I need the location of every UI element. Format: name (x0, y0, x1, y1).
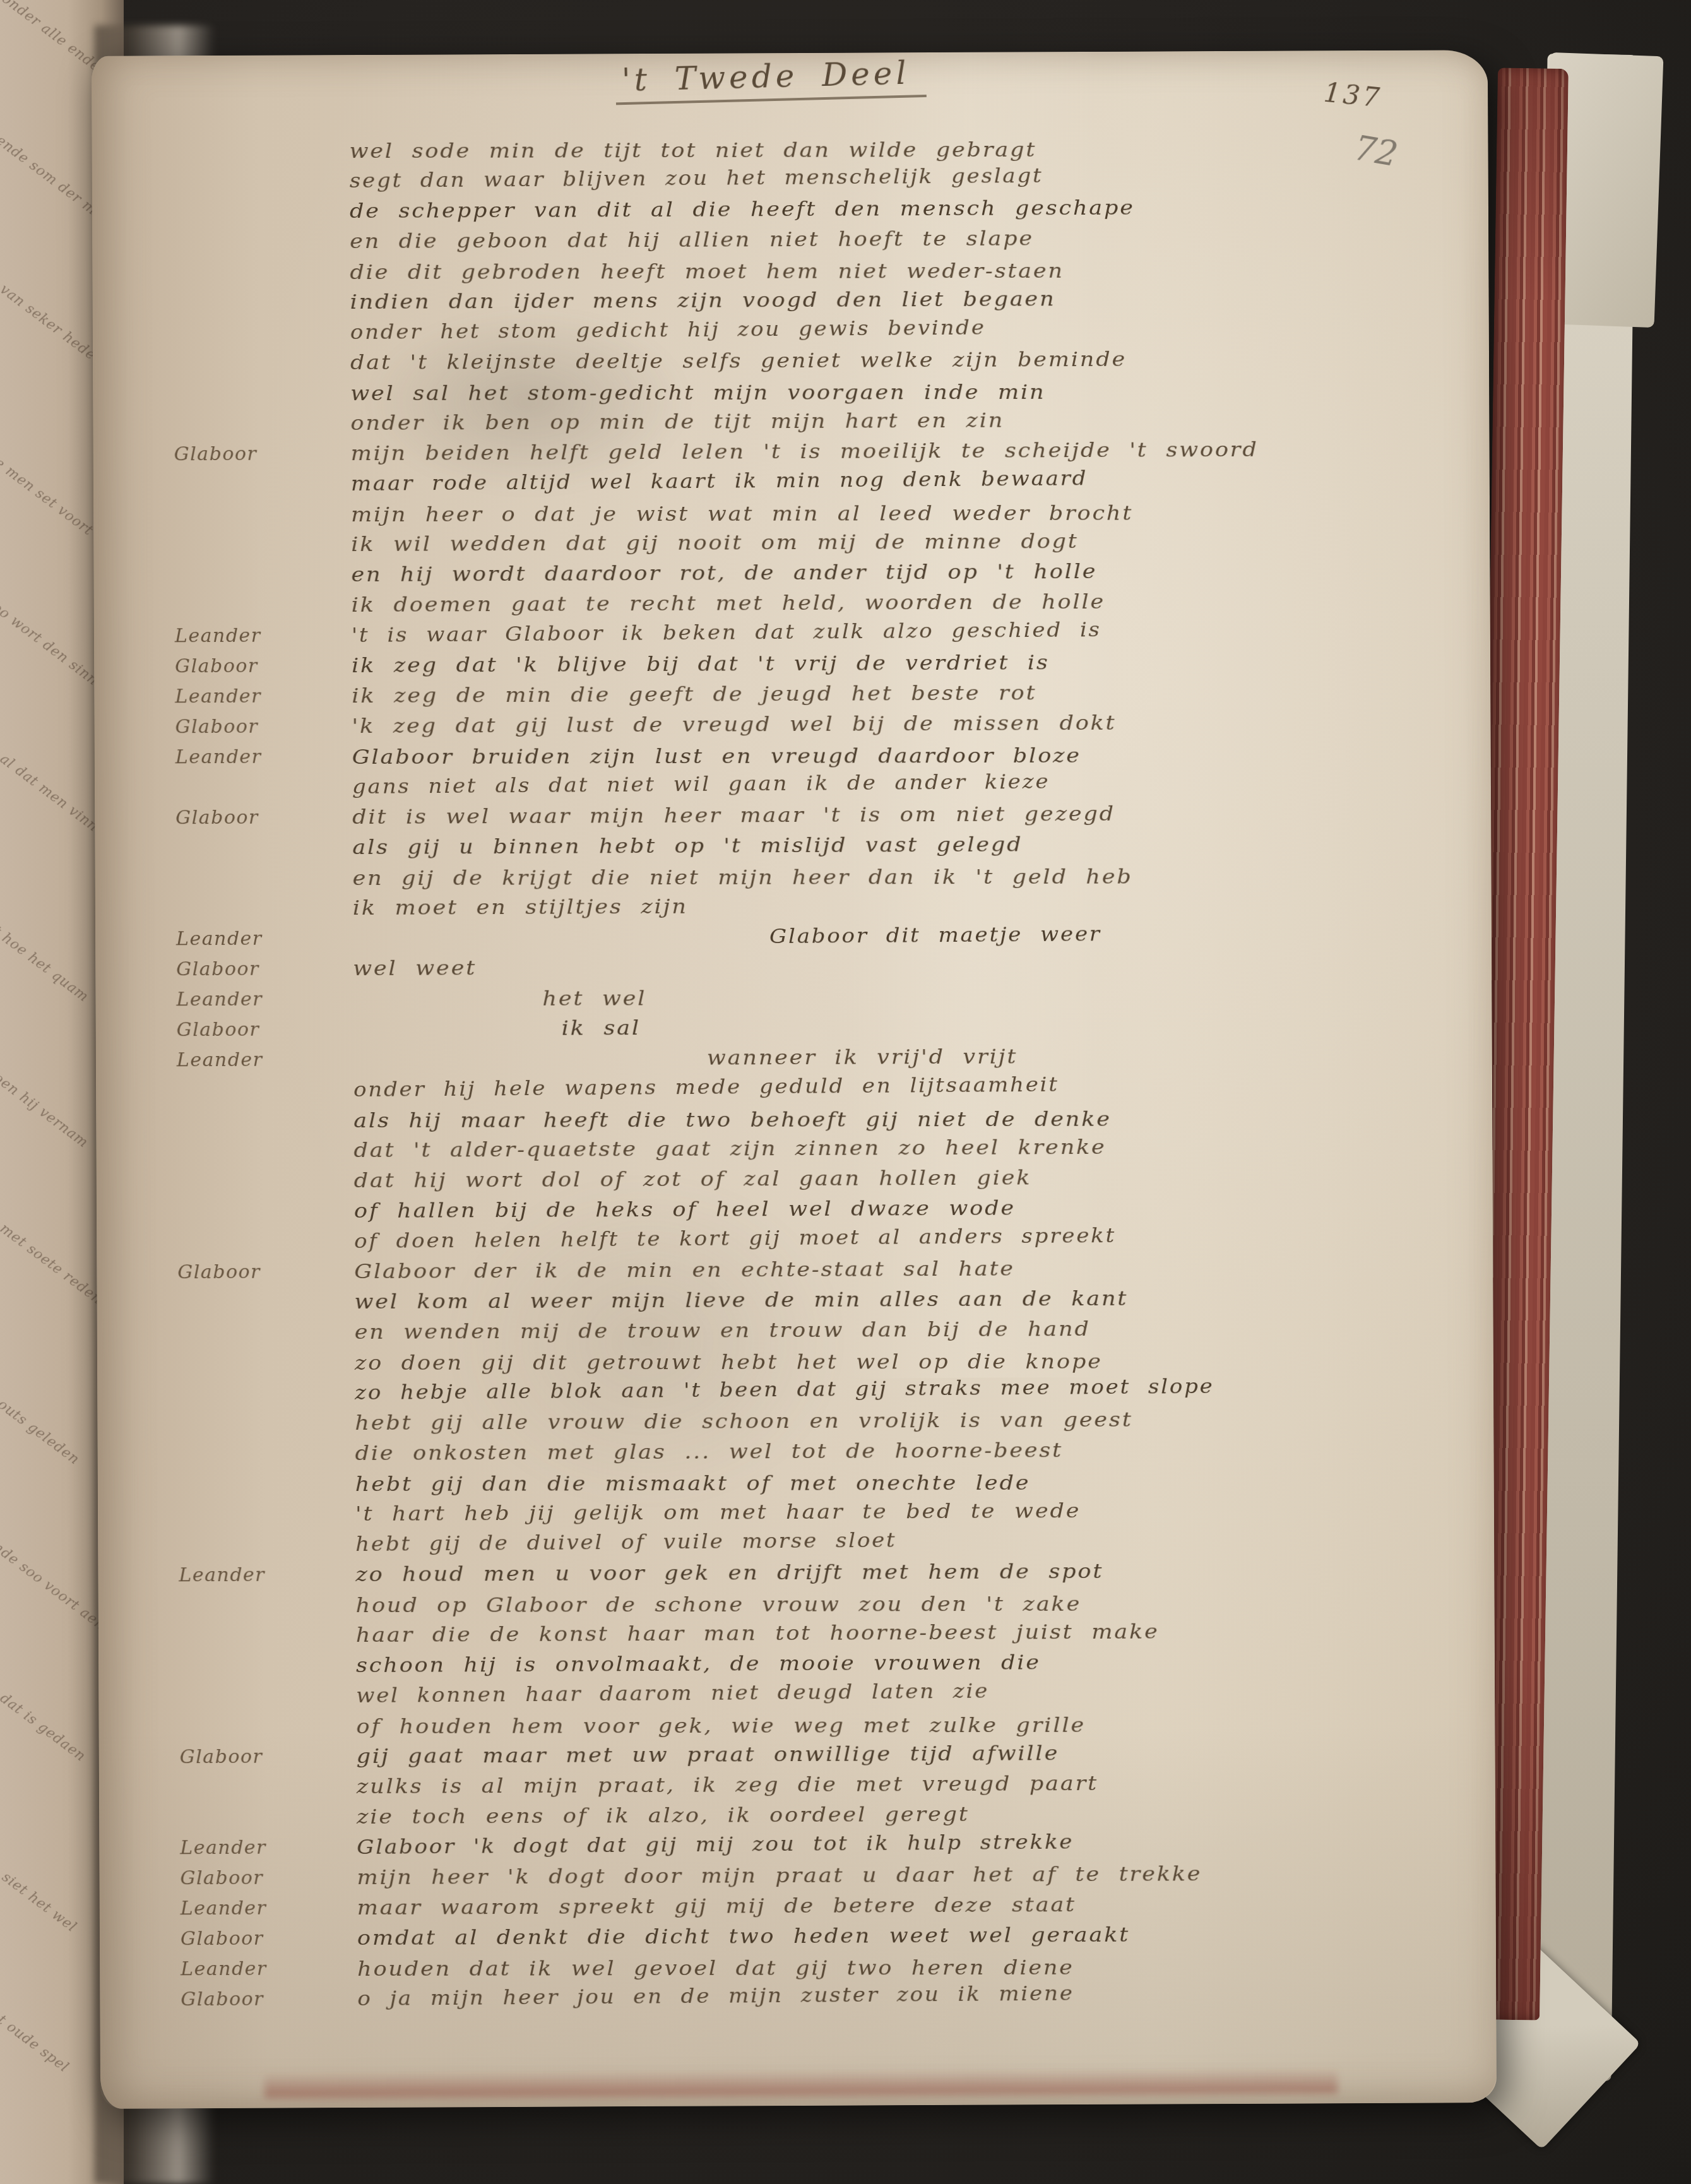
manuscript-line-text: houd op Glaboor de schone vrouw zou den … (356, 1589, 1082, 1621)
manuscript-line-text: hebt gij alle vrouw die schoon en vrolij… (355, 1405, 1132, 1439)
manuscript-line-text: mijn beiden helft geld lelen 't is moeil… (351, 435, 1259, 469)
facing-page-illegible-text: nem onder alle ende (0, 0, 104, 75)
manuscript-line: dat 't alder-quaetste gaat zijn zinnen z… (353, 1131, 1389, 1166)
manuscript-line-text: hebt gij de duivel of vuile morse sloet (355, 1526, 897, 1560)
manuscript-line: Leanderhouden dat ik wel gevoel dat gij … (357, 1949, 1392, 1984)
manuscript-line-text: maar rode altijd wel kaart ik min nog de… (351, 463, 1088, 499)
manuscript-line-text: de schepper van dit al die heeft den men… (350, 193, 1135, 227)
manuscript-line: houd op Glaboor de schone vrouw zou den … (356, 1586, 1391, 1620)
manuscript-line-text: zo hebje alle blok aan 't been dat gij s… (355, 1372, 1214, 1408)
manuscript-line: als hij maar heeft die two behoeft gij n… (353, 1101, 1389, 1136)
manuscript-line: Glaboorik sal (353, 1010, 1389, 1045)
manuscript-photo: nem onder alle endewende som der minneva… (0, 0, 1691, 2184)
manuscript-line: Glaboormijn beiden helft geld lelen 't i… (351, 434, 1386, 469)
margin-speaker-name: Glaboor (177, 1015, 260, 1046)
bottom-edge-red-stain (264, 2068, 1338, 2098)
margin-speaker-name: Glaboor (181, 1924, 264, 1955)
facing-page-illegible-text: segt hoe het quam (0, 908, 92, 1006)
margin-speaker-name: Leander (175, 621, 261, 652)
manuscript-line: Glaboor'k zeg dat gij lust de vreugd wel… (352, 707, 1387, 742)
margin-speaker-name: Glaboor (177, 1257, 261, 1288)
manuscript-line: dat 't kleijnste deeltje selfs geniet we… (350, 343, 1385, 378)
manuscript-line-text: mijn heer o dat je wist wat min al leed … (351, 499, 1133, 531)
manuscript-line-text: die onkosten met glas ... wel tot de hoo… (355, 1435, 1063, 1469)
manuscript-line: GlaboorGlaboor der ik de min en echte-st… (354, 1252, 1389, 1287)
margin-speaker-name: Leander (179, 1560, 265, 1591)
manuscript-line: LeanderGlaboor dit maetje weer (353, 919, 1388, 954)
manuscript-line: hebt gij alle vrouw die schoon en vrolij… (355, 1404, 1390, 1439)
facing-page-illegible-text: soo wort den sinne (0, 595, 108, 694)
manuscript-line-text: als gij u binnen hebt op 't mislijd vast… (352, 829, 1023, 863)
facing-page-illegible-text: dat is gedaen (0, 1690, 88, 1765)
manuscript-line-text: 't is waar Glaboor ik beken dat zulk alz… (352, 615, 1101, 651)
manuscript-line: Leander't is waar Glaboor ik beken dat z… (352, 616, 1387, 651)
facing-page-illegible-text: van outs geleden (0, 1377, 82, 1468)
margin-speaker-name: Leander (176, 985, 263, 1016)
margin-speaker-name: Glaboor (174, 439, 258, 470)
manuscript-line-text: Glaboor der ik de min en echte-staat sal… (354, 1254, 1015, 1287)
margin-speaker-name: Leander (177, 1045, 263, 1076)
manuscript-page: 't Twede Deel 137 72 wel sode min de tij… (92, 50, 1497, 2109)
page-title: 't Twede Deel (615, 54, 927, 105)
facing-page-illegible-text: men siet het wel (0, 1847, 80, 1935)
manuscript-line-text: dat hij wort dol of zot of zal gaan holl… (354, 1163, 1032, 1196)
margin-speaker-name: Glaboor (180, 1863, 263, 1894)
manuscript-line: ik doemen gaat te recht met held, woorde… (352, 586, 1387, 620)
manuscript-line-text: zie toch eens of ik alzo, ik oordeel ger… (357, 1800, 970, 1832)
manuscript-line-text: dat 't alder-quaetste gaat zijn zinnen z… (353, 1132, 1106, 1166)
manuscript-line: onder ik ben op min de tijt mijn hart en… (350, 404, 1385, 439)
manuscript-line-text: wel weet (353, 953, 477, 984)
manuscript-line-text: wel konnen haar daarom niet deugd laten … (356, 1676, 989, 1711)
manuscript-line-text: wel sal het stom-gedicht mijn voorgaen i… (350, 377, 1045, 409)
facing-page-illegible-text: ende men set voort (0, 438, 96, 539)
manuscript-line-text: wanneer ik vrij'd vrijt (707, 1042, 1018, 1073)
manuscript-line: zo hebje alle blok aan 't been dat gij s… (355, 1374, 1390, 1408)
manuscript-line: segt dan waar blijven zou het menschelij… (350, 162, 1385, 196)
margin-speaker-name: Glaboor (175, 712, 258, 743)
manuscript-line-text: en gij de krijgt die niet mijn heer dan … (353, 862, 1133, 894)
margin-speaker-name: Leander (176, 924, 263, 955)
manuscript-line-text: 'k zeg dat gij lust de vreugd wel bij de… (352, 708, 1116, 742)
manuscript-line-text: Glaboor 'k dogt dat gij mij zou tot ik h… (357, 1827, 1074, 1863)
manuscript-line: Leanderhet wel (353, 980, 1388, 1014)
manuscript-line: dat hij wort dol of zot of zal gaan holl… (354, 1161, 1389, 1196)
manuscript-line: wel sal het stom-gedicht mijn voorgaen i… (350, 374, 1385, 408)
margin-speaker-name: Leander (175, 682, 261, 713)
manuscript-line: schoon hij is onvolmaakt, de mooie vrouw… (356, 1646, 1391, 1681)
manuscript-line-text: mijn heer 'k dogt door mijn praat u daar… (357, 1859, 1202, 1893)
manuscript-text-block: wel sode min de tijt tot niet dan wilde … (349, 131, 1392, 2014)
manuscript-line-text: gij gaat maar met uw praat onwillige tij… (357, 1738, 1060, 1772)
manuscript-line-text: ik sal (562, 1013, 641, 1044)
manuscript-line-text: ik zeg dat 'k blijve bij dat 't vrij de … (352, 648, 1050, 681)
manuscript-line: wel sode min de tijt tot niet dan wilde … (349, 131, 1384, 166)
manuscript-line-text: o ja mijn heer jou en de mijn zuster zou… (357, 1978, 1074, 2014)
manuscript-line-text: hebt gij dan die mismaakt of met onechte… (355, 1468, 1031, 1500)
margin-speaker-name: Glaboor (175, 803, 259, 834)
manuscript-line: Glaboordit is wel waar mijn heer maar 't… (352, 798, 1387, 833)
manuscript-line: of houden hem voor gek, wie weg met zulk… (356, 1707, 1391, 1742)
manuscript-line-text: of hallen bij de heks of heel wel dwaze … (354, 1193, 1016, 1226)
manuscript-line: zie toch eens of ik alzo, ik oordeel ger… (357, 1798, 1392, 1832)
facing-page-illegible-text: int oude spel (0, 2003, 71, 2075)
manuscript-line: Glaboorwel weet (353, 949, 1388, 984)
manuscript-line: wel konnen haar daarom niet deugd laten … (356, 1677, 1391, 1711)
manuscript-line: Glaboorgij gaat maar met uw praat onwill… (357, 1737, 1392, 1772)
manuscript-line: Glaboorik zeg dat 'k blijve bij dat 't v… (352, 646, 1387, 681)
facing-page-illegible-text: met soete reden (0, 1221, 105, 1308)
margin-speaker-name: Glaboor (176, 954, 259, 985)
facing-page-illegible-text: doen hij vernam (0, 1064, 91, 1151)
manuscript-line: LeanderGlaboor 'k dogt dat gij mij zou t… (357, 1828, 1392, 1863)
margin-speaker-name: Leander (180, 1833, 266, 1864)
manuscript-line: en gij de krijgt die niet mijn heer dan … (352, 858, 1387, 893)
manuscript-line: haar die de konst haar man tot hoorne-be… (356, 1616, 1391, 1651)
manuscript-line-text: en die geboon dat hij allien niet hoeft … (350, 223, 1034, 257)
manuscript-line: mijn heer o dat je wist wat min al leed … (351, 495, 1386, 530)
manuscript-line-text: ik wil wedden dat gij nooit om mij de mi… (351, 526, 1079, 560)
manuscript-line: hebt gij de duivel of vuile morse sloet (355, 1525, 1391, 1560)
manuscript-line-text: gans niet als dat niet wil gaan ik de an… (352, 767, 1050, 802)
manuscript-line-text: segt dan waar blijven zou het menschelij… (350, 161, 1043, 196)
facing-page-illegible-text: al dat men vinne (0, 751, 108, 841)
manuscript-line-text: ik moet en stijltjes zijn (353, 892, 688, 923)
manuscript-line-text: zulks is al mijn praat, ik zeg die met v… (357, 1769, 1098, 1802)
manuscript-line: of doen helen helft te kort gij moet al … (354, 1222, 1389, 1257)
manuscript-line-text: als hij maar heeft die two behoeft gij n… (353, 1105, 1112, 1136)
manuscript-line: Leanderwanneer ik vrij'd vrijt (353, 1040, 1389, 1075)
manuscript-line: Leandermaar waarom spreekt gij mij de be… (357, 1889, 1392, 1923)
manuscript-line-text: wel kom al weer mijn lieve de min alles … (354, 1284, 1128, 1317)
manuscript-line: ik wil wedden dat gij nooit om mij de mi… (351, 525, 1386, 560)
margin-speaker-name: Glaboor (180, 1742, 263, 1773)
folio-number-ink: 137 (1322, 77, 1384, 114)
manuscript-line: indien dan ijder mens zijn voogd den lie… (350, 283, 1385, 318)
manuscript-line: of hallen bij de heks of heel wel dwaze … (354, 1192, 1389, 1226)
manuscript-line-text: die dit gebroden heeft moet hem niet wed… (350, 256, 1064, 288)
facing-page-illegible-text: ende soo voort aen (0, 1534, 108, 1634)
manuscript-line: onder het stom gedicht hij zou gewis bev… (350, 313, 1385, 348)
manuscript-line: zo doen gij dit getrouwt hebt het wel op… (355, 1343, 1390, 1378)
manuscript-line-text: het wel (542, 983, 646, 1014)
manuscript-line-text: of houden hem voor gek, wie weg met zulk… (356, 1711, 1086, 1742)
manuscript-line-text: onder hij hele wapens mede geduld en lij… (353, 1070, 1059, 1105)
manuscript-line: Leanderzo houd men u voor gek en drijft … (355, 1555, 1391, 1590)
manuscript-line: die dit gebroden heeft moet hem niet wed… (350, 252, 1385, 287)
manuscript-line: als gij u binnen hebt op 't mislijd vast… (352, 828, 1387, 863)
manuscript-line: en die geboon dat hij allien niet hoeft … (350, 222, 1385, 257)
manuscript-line-text: dat 't kleijnste deeltje selfs geniet we… (350, 345, 1127, 378)
manuscript-line-text: maar waarom spreekt gij mij de betere de… (357, 1890, 1076, 1923)
manuscript-line-text: Glaboor dit maetje weer (769, 919, 1101, 952)
manuscript-line: Leanderik zeg de min die geeft de jeugd … (352, 677, 1387, 711)
manuscript-line-text: haar die de konst haar man tot hoorne-be… (356, 1617, 1160, 1651)
manuscript-line-text: onder het stom gedicht hij zou gewis bev… (350, 312, 986, 348)
manuscript-line-text: onder ik ben op min de tijt mijn hart en… (350, 406, 1004, 439)
margin-speaker-name: Leander (175, 742, 262, 773)
manuscript-line-text: 't hart heb jij gelijk om met haar te be… (355, 1496, 1081, 1529)
manuscript-line-text: en hij wordt daardoor rot, de ander tijd… (351, 557, 1097, 590)
manuscript-line: de schepper van dit al die heeft den men… (350, 192, 1385, 227)
manuscript-line: die onkosten met glas ... wel tot de hoo… (355, 1434, 1390, 1469)
manuscript-line: ik moet en stijltjes zijn (353, 889, 1388, 923)
manuscript-line-text: omdat al denkt die dicht two heden weet … (357, 1920, 1130, 1954)
manuscript-line: wel kom al weer mijn lieve de min alles … (354, 1283, 1389, 1317)
margin-speaker-name: Leander (181, 1894, 267, 1925)
manuscript-line: Glabooromdat al denkt die dicht two hede… (357, 1919, 1392, 1954)
manuscript-line-text: of doen helen helft te kort gij moet al … (354, 1221, 1116, 1257)
margin-speaker-name: Leander (181, 1954, 267, 1985)
manuscript-line: gans niet als dat niet wil gaan ik de an… (352, 768, 1387, 802)
manuscript-line: LeanderGlaboor bruiden zijn lust en vreu… (352, 737, 1387, 772)
manuscript-line-text: en wenden mij de trouw en trouw dan bij … (355, 1314, 1091, 1348)
margin-speaker-name: Glaboor (181, 1985, 264, 2015)
manuscript-line-text: ik zeg de min die geeft de jeugd het bes… (352, 678, 1036, 711)
manuscript-line: hebt gij dan die mismaakt of met onechte… (355, 1464, 1391, 1499)
manuscript-line: Glaboormijn heer 'k dogt door mijn praat… (357, 1858, 1392, 1893)
manuscript-line: maar rode altijd wel kaart ik min nog de… (351, 465, 1386, 499)
manuscript-line: en hij wordt daardoor rot, de ander tijd… (351, 555, 1386, 590)
manuscript-line: 't hart heb jij gelijk om met haar te be… (355, 1495, 1391, 1529)
manuscript-line-text: dit is wel waar mijn heer maar 't is om … (352, 799, 1115, 833)
manuscript-line: en wenden mij de trouw en trouw dan bij … (355, 1313, 1390, 1348)
manuscript-line: Glabooro ja mijn heer jou en de mijn zus… (357, 1979, 1392, 2014)
manuscript-line: onder hij hele wapens mede geduld en lij… (353, 1071, 1389, 1105)
manuscript-line: zulks is al mijn praat, ik zeg die met v… (357, 1767, 1392, 1802)
margin-speaker-name: Glaboor (175, 651, 258, 682)
manuscript-line-text: zo houd men u voor gek en drijft met hem… (355, 1557, 1103, 1590)
